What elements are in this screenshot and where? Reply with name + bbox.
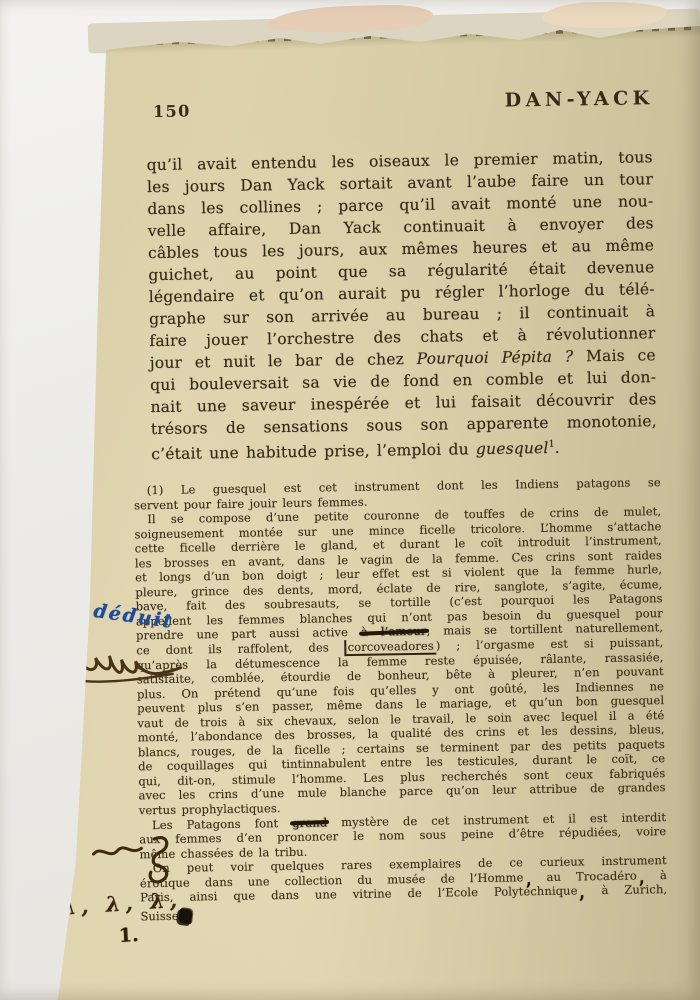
- book-page: 150 DAN-YACK qu’il avait entendu les ois…: [0, 0, 700, 1000]
- handwritten-numeral: 1.: [118, 924, 139, 947]
- page-number: 150: [153, 101, 191, 121]
- page-content: 150 DAN-YACK qu’il avait entendu les ois…: [0, 0, 700, 1000]
- running-title: DAN-YACK: [424, 87, 654, 113]
- book-page-photo: 150 DAN-YACK qu’il avait entendu les ois…: [0, 0, 700, 1000]
- footnote-block: (1) Le guesquel est cet instrument dont …: [134, 475, 668, 924]
- main-text-block: qu’il avait entendu les oiseaux le premi…: [147, 146, 658, 465]
- deleatur-proofreading-mark: [91, 829, 184, 888]
